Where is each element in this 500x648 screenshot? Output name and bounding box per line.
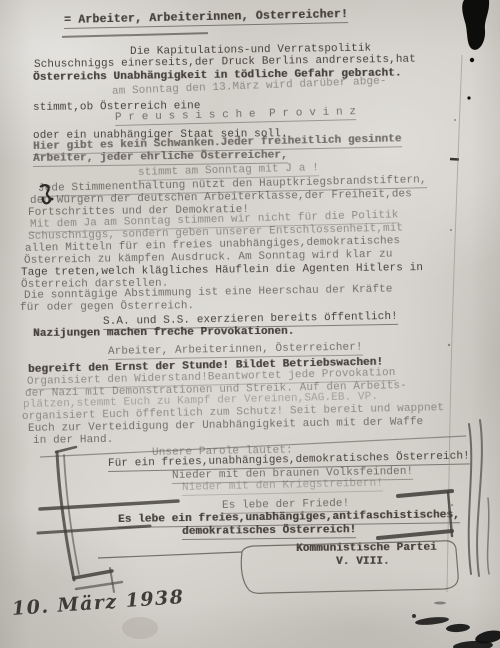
smudge-bottom-right: [412, 602, 500, 648]
typed-line: Arbeiter, jeder ehrliche Österreicher,: [33, 149, 288, 165]
signature-section: V. VIII.: [336, 556, 390, 568]
heading: = Arbeiter, Arbeiterinnen, Österreicher!: [64, 9, 348, 27]
heading-underline: [62, 32, 208, 38]
typed-line: Arbeiter, Arbeiterinnen, Österreicher!: [108, 342, 363, 358]
slogan-line: Es lebe ein freies,unabhängiges,antifasc…: [118, 509, 460, 526]
slogan-line: demokratisches Österreich!: [182, 524, 356, 538]
slogan-line: Es lebe der Friede!: [222, 498, 350, 512]
date-smudge: [122, 617, 158, 639]
ink-blob-top-right: [450, 0, 489, 161]
typed-line: für oder gegen Österreich.: [20, 300, 194, 314]
typed-line: in der Hand.: [33, 434, 114, 447]
signature-party: Kommunistische Partei: [296, 542, 437, 555]
typed-line: Nazijungen machen freche Provokationen.: [33, 326, 294, 340]
pencil-strokes-right-margin: [469, 420, 489, 576]
handwritten-date: 10. März 1938: [11, 586, 185, 620]
crease-specks: [448, 119, 456, 506]
leaflet-page: = Arbeiter, Arbeiterinnen, Österreicher!…: [0, 0, 500, 648]
